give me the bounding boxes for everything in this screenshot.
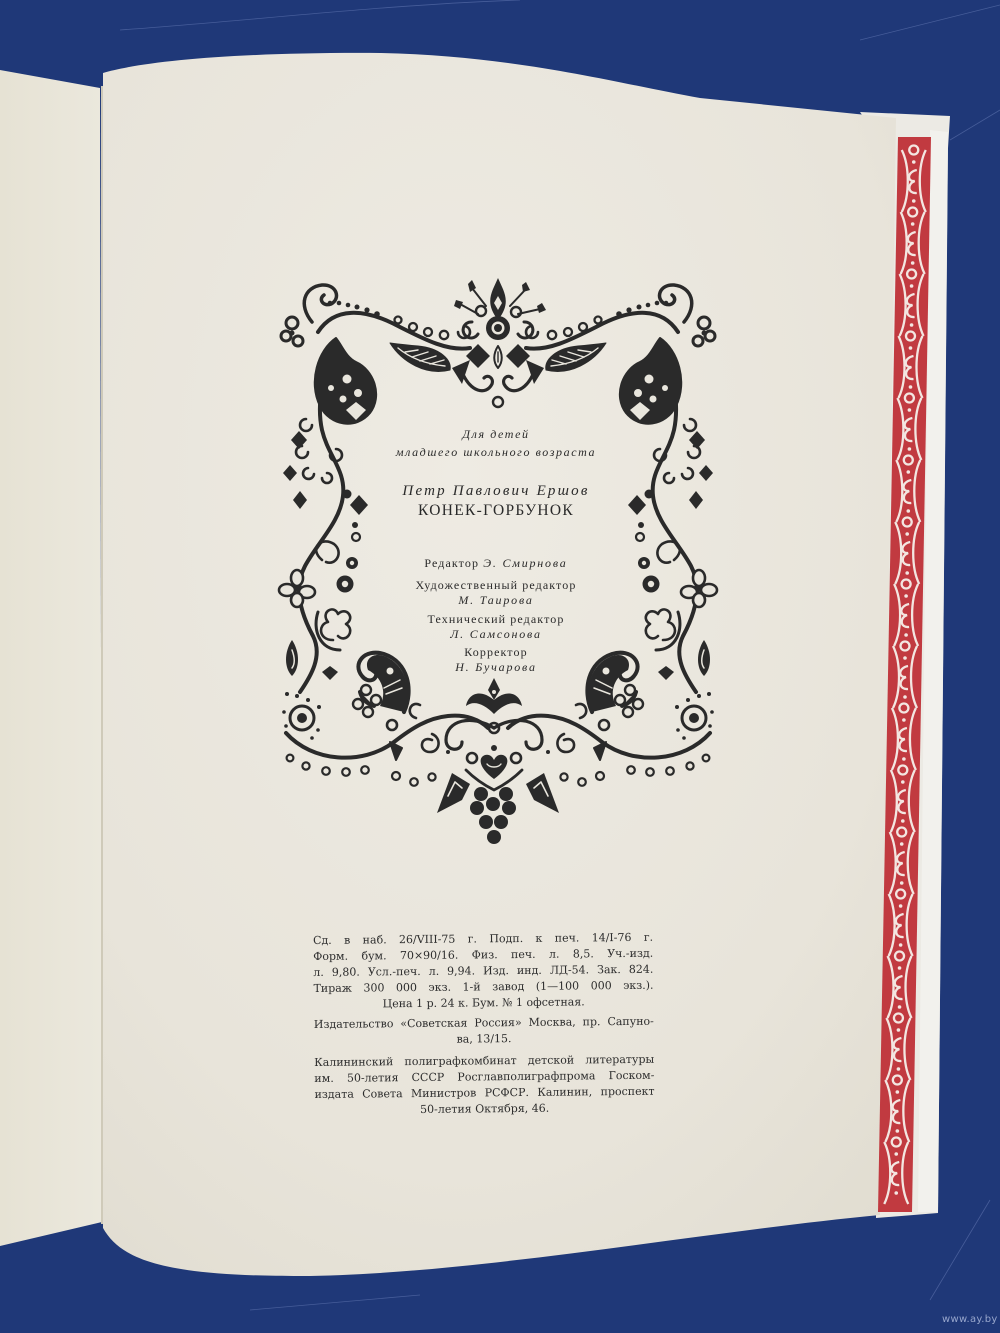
credit-role: Редактор	[424, 556, 479, 570]
credit-proofreader-name: Н. Бучарова	[386, 659, 606, 675]
credit-editor: Редактор Э. Смирнова	[386, 555, 606, 571]
book-title: КОНЕК-ГОРБУНОК	[356, 502, 636, 520]
imprint-line: Тираж 300 000 экз. 1-й завод (1—100 000 …	[313, 978, 653, 997]
imprint-publisher-line: Издательство «Советская Россия» Москва, …	[314, 1014, 654, 1033]
credit-proofreader-role: Корректор	[386, 644, 606, 660]
watermark: www.ay.by	[942, 1314, 998, 1325]
credit-art-editor-name: М. Таирова	[386, 592, 606, 608]
imprint-printer-line: 50-летия Октября, 46.	[315, 1100, 655, 1119]
credit-tech-editor-role: Технический редактор	[386, 611, 606, 627]
audience-line-2: младшего школьного возраста	[386, 444, 606, 460]
credit-name: Э. Смирнова	[483, 556, 567, 570]
imprint-block: Сд. в наб. 26/VIII-75 г. Подп. к печ. 14…	[313, 930, 655, 1119]
left-page	[0, 70, 102, 1246]
audience-line-1: Для детей	[386, 426, 606, 442]
author-name: Петр Павлович Ершов	[356, 482, 636, 500]
credit-tech-editor-name: Л. Самсонова	[386, 626, 606, 642]
credit-art-editor-role: Художественный редактор	[386, 577, 606, 593]
imprint-printer-line: издата Совета Министров РСФСР. Калинин, …	[314, 1084, 654, 1103]
